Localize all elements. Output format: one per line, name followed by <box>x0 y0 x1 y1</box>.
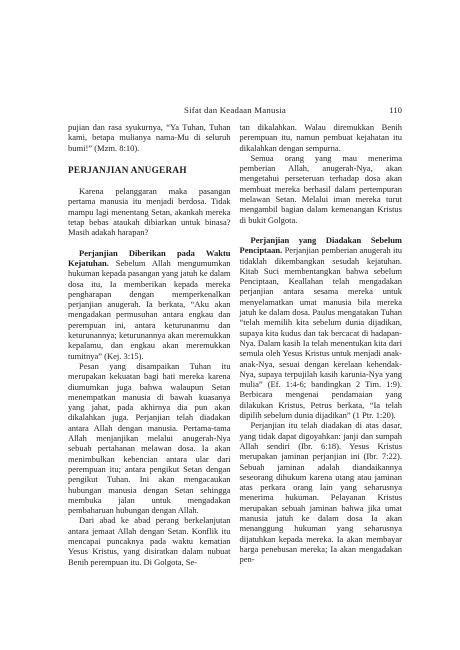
right-column: tan dikalahkan. Walau diremukkan Benih p… <box>240 122 403 567</box>
section-heading: PERJANJIAN ANUGERAH <box>68 165 231 175</box>
page-number: 110 <box>389 103 402 117</box>
text-columns: pujian dan rasa syukurnya, “Ya Tuhan, Tu… <box>68 122 402 567</box>
paragraph-text: Perjanjian itu telah diadakan di atas da… <box>240 420 403 564</box>
running-header: Sifat dan Keadaan Manusia 110 <box>68 103 402 117</box>
paragraph-text: Semua orang yang mau menerima pemberian … <box>240 153 403 225</box>
book-page: Sifat dan Keadaan Manusia 110 pujian dan… <box>0 0 460 650</box>
paragraph: Dari abad ke abad perang berkelanjutan a… <box>68 515 231 566</box>
paragraph-text: Sebelum Allah mengumumkan hukuman kepada… <box>68 258 231 361</box>
paragraph: Semua orang yang mau menerima pemberian … <box>240 153 403 225</box>
paragraph: Perjanjian yang Diadakan Sebelum Pencipt… <box>240 235 403 420</box>
paragraph-text: Karena pelanggaran maka pasangan pertama… <box>68 186 231 237</box>
paragraph-text: Perjanjian pemberian anugerah itu tidakl… <box>240 245 403 420</box>
paragraph: Pesan yang disampaikan Tuhan itu merupak… <box>68 361 231 515</box>
left-continuation-paragraph: pujian dan rasa syukurnya, “Ya Tuhan, Tu… <box>68 122 231 153</box>
paragraph: Perjanjian Diberikan pada Waktu Kejatuha… <box>68 248 231 361</box>
paragraph: Perjanjian itu telah diadakan di atas da… <box>240 420 403 564</box>
paragraph-text: Dari abad ke abad perang berkelanjutan a… <box>68 515 231 566</box>
left-column: pujian dan rasa syukurnya, “Ya Tuhan, Tu… <box>68 122 231 567</box>
paragraph: Karena pelanggaran maka pasangan pertama… <box>68 186 231 237</box>
running-header-title: Sifat dan Keadaan Manusia <box>68 103 402 117</box>
paragraph-text: Pesan yang disampaikan Tuhan itu merupak… <box>68 361 231 515</box>
right-continuation-paragraph: tan dikalahkan. Walau diremukkan Benih p… <box>240 122 403 153</box>
